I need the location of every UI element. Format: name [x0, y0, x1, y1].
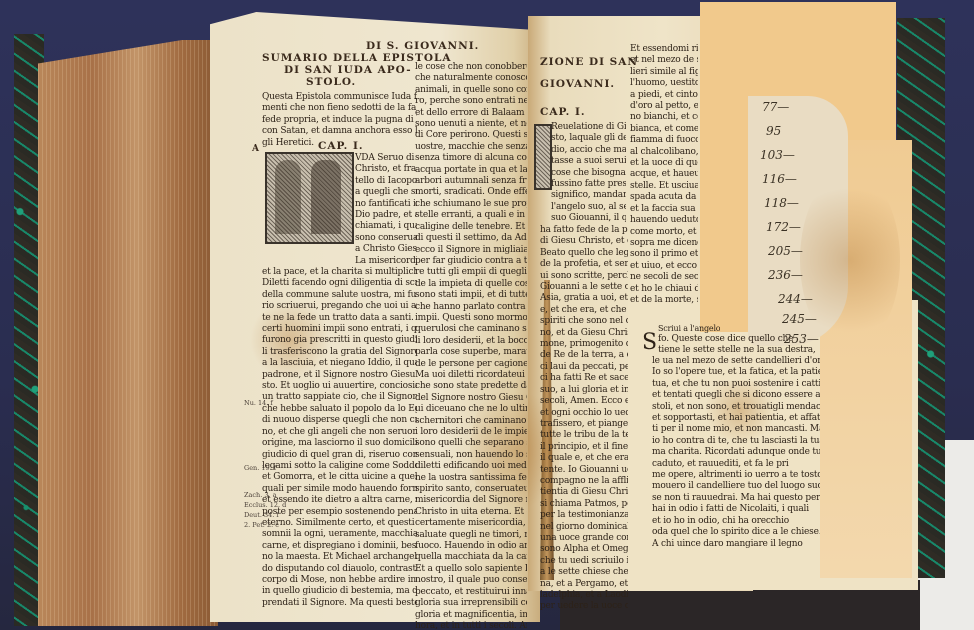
section-marker: A — [252, 144, 260, 154]
margin-note: Deut. 34. f — [244, 510, 279, 520]
handwritten-number: 236— — [768, 268, 803, 282]
epistle-title-line3: STOLO. — [306, 76, 356, 88]
opening-lines: VDA Seruo di Christo, et fra tello di Ia… — [355, 153, 417, 267]
drop-cap: S — [642, 330, 657, 355]
right-running-head-line2: GIOVANNI. — [540, 78, 615, 90]
handwritten-number: 116— — [762, 172, 797, 186]
chapter-heading: CAP. I. — [318, 140, 364, 152]
margin-note: Gen. 19. f — [244, 463, 276, 473]
running-head: DI S. GIOVANNI. — [366, 40, 479, 52]
right-running-head-line1: ZIONE DI SAN — [540, 56, 638, 68]
page-block-edge — [38, 40, 218, 626]
handwritten-number: 245— — [782, 312, 817, 326]
chapter2-heading: Scriui a l'angelo — [658, 323, 720, 334]
right-column-body: Reuelatione di Giesu Chri sto, laquale g… — [551, 122, 626, 225]
epistle-title-line2: DI SAN IUDA APO- — [284, 64, 412, 76]
left-column-body: et la pace, et la charita si multiplichi… — [262, 267, 417, 609]
handwritten-number: 253— — [784, 332, 819, 346]
margin-note: Ecclus. 12. d — [244, 500, 286, 510]
handwritten-number: 244— — [778, 292, 813, 306]
handwritten-number: 205— — [768, 244, 803, 258]
margin-note: 2. Pet. 2. c — [244, 520, 279, 530]
woodcut-initial-right — [534, 124, 552, 190]
right-page-column2: Et essendomi riuolto et nel mezo de sett… — [630, 44, 698, 306]
handwritten-number: 172— — [766, 220, 801, 234]
right-column-body-cont: ha fatto fede de la parola di Dio, et il… — [540, 225, 628, 613]
handwritten-number: 95 — [766, 124, 781, 138]
right-chapter-heading: CAP. I. — [540, 106, 586, 118]
left-page-column2: le cose che non conobbero, et quelle che… — [415, 62, 527, 630]
handwritten-number: 103— — [760, 148, 795, 162]
handwritten-number: 118— — [764, 196, 799, 210]
margin-note: Nu. 14. f — [244, 398, 273, 408]
handwritten-number: 77— — [762, 100, 789, 114]
margin-note: Zach. 3. a — [244, 490, 277, 500]
woodcut-initial-illustration — [265, 152, 354, 244]
chapter2-body-cont: le ua nel mezo de sette candellieri d'or… — [652, 356, 820, 550]
